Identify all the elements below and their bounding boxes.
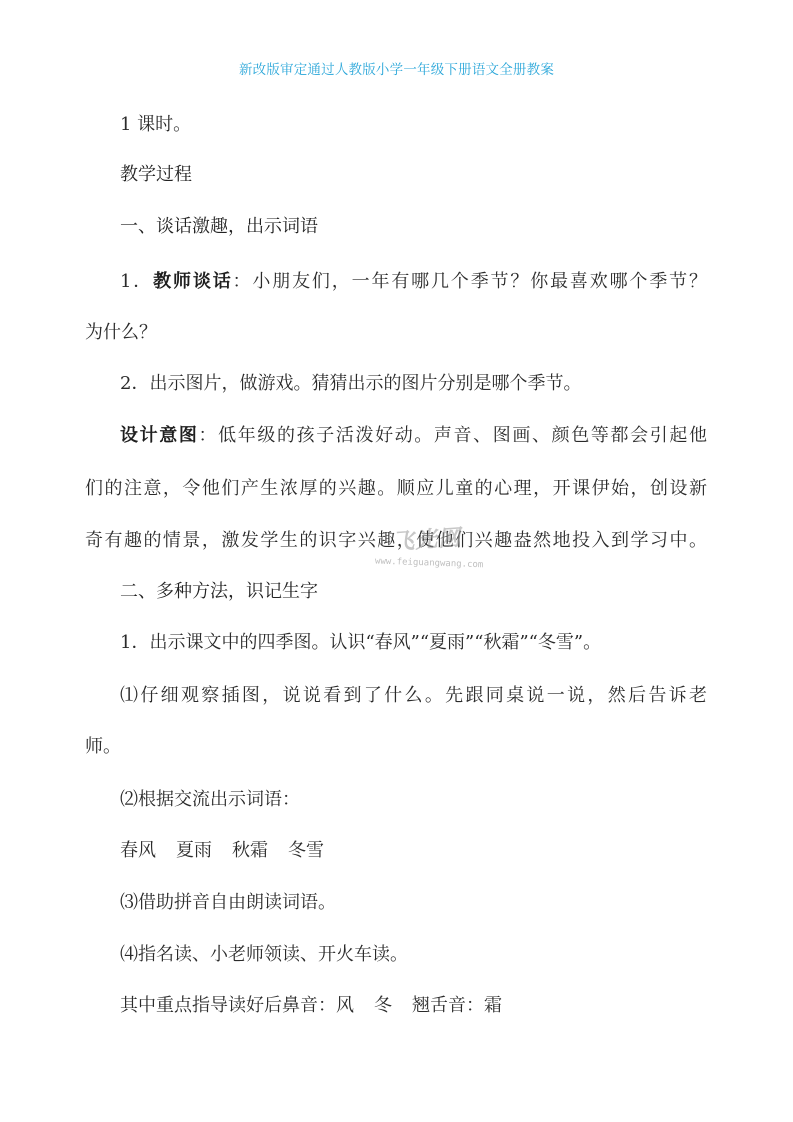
item1-lead: 教师谈话: [153, 271, 232, 292]
section1-heading: 一、谈话激趣，出示词语: [120, 216, 318, 238]
section2-sub1-line1-text: ⑴仔细观察插图，说说看到了什么。先跟同桌说一说，然后告诉老: [120, 685, 707, 707]
section2-item1: 1．出示课文中的四季图。认识“春风”“夏雨”“秋霜”“冬雪”。: [120, 632, 601, 654]
watermark-url: www.feiguangwang.com: [375, 557, 484, 571]
design-intent-line2-text: 们的注意，令他们产生浓厚的兴趣。顺应儿童的心理，开课伊始，创设新: [85, 478, 707, 500]
section2-sub2: ⑵根据交流出示词语：: [120, 789, 300, 811]
design-intent-line3-text: 奇有趣的情景，激发学生的识字兴趣，使他们兴趣盎然地投入到学习中。: [85, 530, 707, 552]
section1-item2: 2．出示图片，做游戏。猜猜出示的图片分别是哪个季节。: [120, 373, 581, 395]
word-winter-snow: 冬雪: [288, 840, 324, 861]
design-intent-line2: 们的注意，令他们产生浓厚的兴趣。顺应儿童的心理，开课伊始，创设新: [85, 478, 707, 500]
section2-sub3: ⑶借助拼音自由朗读词语。: [120, 892, 336, 914]
design-intent-line3: 奇有趣的情景，激发学生的识字兴趣，使他们兴趣盎然地投入到学习中。: [85, 530, 707, 552]
season-words: 春风夏雨秋霜冬雪: [120, 840, 324, 862]
section2-heading: 二、多种方法，识记生字: [120, 581, 318, 603]
word-autumn-frost: 秋霜: [232, 840, 268, 861]
item1-number: 1．: [120, 271, 153, 292]
section2-sub1-line2: 师。: [85, 736, 121, 758]
retroflex-label: 翘舌音：: [412, 995, 484, 1016]
watermark: 飞光网 www.feiguangwang.com: [373, 518, 507, 587]
section1-item1-line2: 为什么？: [85, 322, 157, 344]
design-intent-line1: 设计意图：低年级的孩子活泼好动。声音、图画、颜色等都会引起他: [120, 425, 707, 447]
page-header-title: 新改版审定通过人教版小学一年级下册语文全册教案: [0, 58, 793, 78]
section2-sub1-line1: ⑴仔细观察插图，说说看到了什么。先跟同桌说一说，然后告诉老: [120, 685, 707, 707]
class-period: 1 课时。: [120, 114, 191, 136]
process-title: 教学过程: [120, 164, 192, 186]
item1-rest: ：小朋友们，一年有哪几个季节？你最喜欢哪个季节？: [233, 271, 707, 292]
section2-sub4: ⑷指名读、小老师领读、开火车读。: [120, 944, 408, 966]
nasal-label: 其中重点指导读好后鼻音：: [120, 995, 336, 1016]
section1-item1-justified: 1．教师谈话：小朋友们，一年有哪几个季节？你最喜欢哪个季节？: [120, 271, 707, 293]
design-intent-lead: 设计意图: [120, 425, 198, 446]
word-summer-rain: 夏雨: [176, 840, 212, 861]
design-intent-rest: ：低年级的孩子活泼好动。声音、图画、颜色等都会引起他: [198, 425, 707, 446]
retroflex-char-shuang: 霜: [484, 995, 502, 1016]
pronunciation-guide: 其中重点指导读好后鼻音：风冬翘舌音：霜: [120, 995, 502, 1017]
nasal-char-dong: 冬: [374, 995, 392, 1016]
nasal-char-feng: 风: [336, 995, 354, 1016]
word-spring-wind: 春风: [120, 840, 156, 861]
section1-item1-line1: 1．教师谈话：小朋友们，一年有哪几个季节？你最喜欢哪个季节？: [120, 271, 707, 293]
design-intent-justified: 设计意图：低年级的孩子活泼好动。声音、图画、颜色等都会引起他: [120, 425, 707, 447]
